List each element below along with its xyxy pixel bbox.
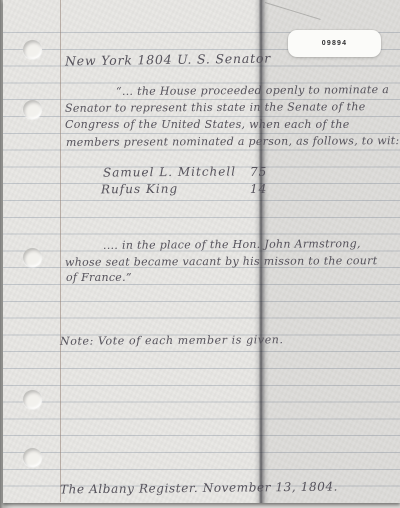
vote-count: 75 — [250, 165, 267, 179]
candidate-name: Samuel L. Mitchell — [103, 164, 236, 179]
punch-hole — [23, 448, 42, 467]
right-page-shading — [262, 0, 400, 503]
catalog-number: 09894 — [322, 40, 347, 47]
quote2-line-2: whose seat became vacant by his misson t… — [65, 254, 378, 269]
punch-hole — [23, 100, 42, 119]
punch-hole — [23, 390, 42, 409]
quote1-line-2: Senator to represent this state in the S… — [65, 100, 366, 115]
punch-hole — [23, 248, 42, 267]
paper-texture — [3, 0, 400, 503]
top-crease — [265, 2, 321, 20]
vote-row: Rufus King 14 — [3, 182, 400, 199]
note-line: Note: Vote of each member is given. — [60, 333, 284, 348]
candidate-name: Rufus King — [101, 182, 178, 197]
notebook-paper: 09894 New York 1804 U. S. Senator “... t… — [3, 0, 400, 503]
page-fold-shadow — [254, 0, 269, 503]
vote-count: 14 — [250, 182, 267, 196]
quote1-line-3: Congress of the United States, when each… — [65, 118, 350, 131]
quote2-line-1: .... in the place of the Hon. John Armst… — [103, 237, 361, 252]
punch-hole — [23, 40, 42, 59]
vote-row: Samuel L. Mitchell 75 — [3, 165, 400, 182]
margin-line — [60, 0, 61, 502]
quote1-line-1: “... the House proceeded openly to nomin… — [116, 83, 389, 98]
page-title: New York 1804 U. S. Senator — [65, 51, 271, 69]
quote2-line-3: of France.” — [66, 271, 132, 284]
photographed-notebook-page: 09894 New York 1804 U. S. Senator “... t… — [0, 0, 400, 508]
citation-line: The Albany Register. November 13, 1804. — [60, 480, 338, 497]
catalog-number-label: 09894 — [288, 30, 381, 57]
quote1-line-4: members present nominated a person, as f… — [66, 134, 400, 149]
